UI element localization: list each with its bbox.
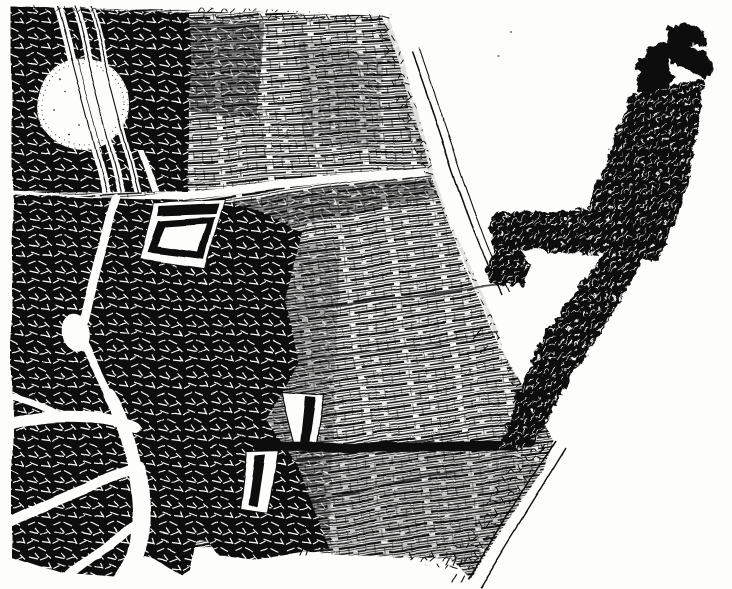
- artwork: Upper band of the wall receding right Da…: [2, 0, 711, 589]
- stray-specks: [497, 32, 513, 58]
- ink-drawing: Pen-and-ink illustration: a silhouetted …: [0, 0, 732, 589]
- illustration-canvas: Pen-and-ink illustration: a silhouetted …: [0, 0, 732, 589]
